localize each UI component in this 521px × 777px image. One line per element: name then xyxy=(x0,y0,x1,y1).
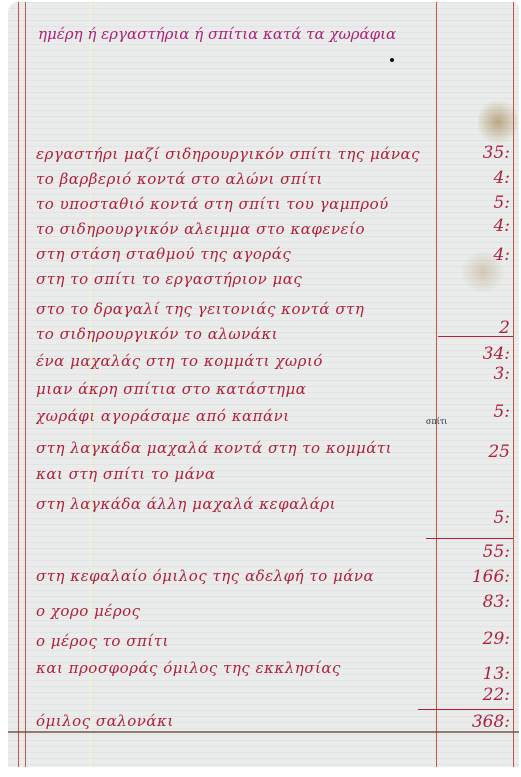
entry-amount: 3: xyxy=(448,364,510,384)
entry-text: όμιλος σαλονάκι xyxy=(36,712,436,730)
entry-amount: 35: xyxy=(448,143,510,163)
ledger-page: ημέρη ή εργαστήρια ή σπίτια κατά τα χωρά… xyxy=(8,2,519,767)
entry-text: το σιδηρουργικόν αλειμμα στο καφενείο xyxy=(36,220,436,238)
entry-amount: 29: xyxy=(448,629,510,649)
entry-text: στη στάση σταθμού της αγοράς xyxy=(36,245,436,263)
entry-text: και στη σπίτι το μάνα xyxy=(36,465,436,483)
subtotal-rule xyxy=(438,336,513,337)
margin-line-left xyxy=(18,2,19,767)
total-rule xyxy=(418,709,513,710)
entry-text: το σιδηρουργικόν το αλωνάκι xyxy=(36,325,436,343)
entry-text: στη το σπίτι το εργαστήριον μας xyxy=(36,270,436,288)
entry-text: στη κεφαλαίο όμιλος της αδελφή το μάνα xyxy=(36,567,436,585)
entry-text: το βαρβεριό κοντά στο αλώνι σπίτι xyxy=(36,170,436,188)
entry-text: εργαστήρι μαζί σιδηρουργικόν σπίτι της μ… xyxy=(36,145,436,163)
entry-text: χωράφι αγοράσαμε από καπάνι xyxy=(36,407,436,425)
entry-text: ο χορο μέρος xyxy=(36,602,436,620)
entry-amount: 25 xyxy=(448,442,510,462)
entry-text: μιαν άκρη σπίτια στο κατάστημα xyxy=(36,380,436,398)
entry-text: στη λαγκάδα άλλη μαχαλά κεφαλάρι xyxy=(36,495,436,513)
entry-amount: 13: xyxy=(448,664,510,684)
entry-text: στη λαγκάδα μαχαλά κοντά στη το κομμάτι xyxy=(36,439,436,457)
subtotal-amount: 34: xyxy=(448,344,510,364)
stain xyxy=(478,97,518,147)
subtotal-amount: 55: xyxy=(448,542,510,562)
ink-dot xyxy=(390,58,394,62)
entry-amount: 83: xyxy=(448,592,510,612)
entry-text: ο μέρος το σπίτι xyxy=(36,632,436,650)
total-amount: 368: xyxy=(448,712,510,732)
entry-amount: 166: xyxy=(448,567,510,587)
entry-amount: 5: xyxy=(448,402,510,422)
margin-line-left-inner xyxy=(25,2,26,767)
entry-amount: 5: xyxy=(448,508,510,528)
entry-text: το υποσταθιό κοντά στη σπίτι του γαμπρού xyxy=(36,195,436,213)
ledger-header: ημέρη ή εργαστήρια ή σπίτια κατά τα χωρά… xyxy=(38,25,396,43)
side-note: σπίτι xyxy=(426,417,447,426)
subtotal-rule xyxy=(426,538,513,539)
entry-text: ένα μαχαλάς στη το κομμάτι χωριό xyxy=(36,352,436,370)
bottom-rule xyxy=(8,731,519,733)
entry-amount: 22: xyxy=(448,685,510,705)
entry-amount: 4: xyxy=(448,216,510,236)
entry-amount: 2 xyxy=(448,318,510,338)
entry-amount: 4: xyxy=(448,168,510,188)
entry-amount: 5: xyxy=(448,193,510,213)
entry-text: και προσφοράς όμιλος της εκκλησίας xyxy=(36,659,436,677)
entry-amount: 4: xyxy=(448,245,510,265)
amount-column-line xyxy=(436,2,437,767)
entry-text: στο το δραγαλί της γειτονιάς κοντά στη xyxy=(36,300,436,318)
